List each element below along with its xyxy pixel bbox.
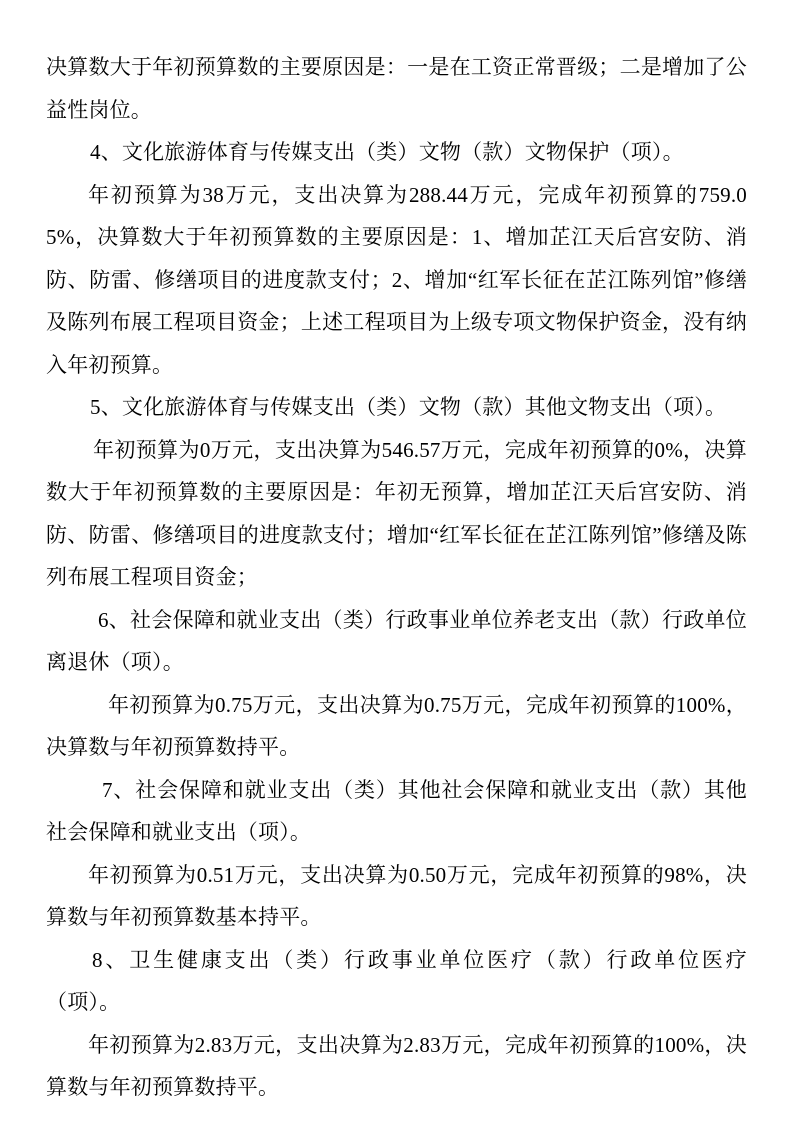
paragraph: 年初预算为0.51万元，支出决算为0.50万元，完成年初预算的98%，决算数与年…	[46, 854, 747, 939]
paragraph: 8、卫生健康支出（类）行政事业单位医疗（款）行政单位医疗（项）。	[46, 939, 747, 1024]
paragraph: 7、社会保障和就业支出（类）其他社会保障和就业支出（款）其他社会保障和就业支出（…	[46, 769, 747, 854]
document-page: 决算数大于年初预算数的主要原因是：一是在工资正常晋级；二是增加了公益性岗位。4、…	[0, 0, 793, 1122]
paragraph: 年初预算为0万元，支出决算为546.57万元，完成年初预算的0%，决算数大于年初…	[46, 429, 747, 599]
paragraph: 年初预算为2.83万元，支出决算为2.83万元，完成年初预算的100%，决算数与…	[46, 1024, 747, 1109]
paragraph: 年初预算为38万元，支出决算为288.44万元，完成年初预算的759.05%，决…	[46, 174, 747, 387]
document-body: 决算数大于年初预算数的主要原因是：一是在工资正常晋级；二是增加了公益性岗位。4、…	[46, 46, 747, 1109]
paragraph: 4、文化旅游体育与传媒支出（类）文物（款）文物保护（项）。	[46, 131, 747, 174]
paragraph: 决算数大于年初预算数的主要原因是：一是在工资正常晋级；二是增加了公益性岗位。	[46, 46, 747, 131]
paragraph: 6、社会保障和就业支出（类）行政事业单位养老支出（款）行政单位离退休（项）。	[46, 599, 747, 684]
paragraph: 5、文化旅游体育与传媒支出（类）文物（款）其他文物支出（项）。	[46, 386, 747, 429]
paragraph: 年初预算为0.75万元，支出决算为0.75万元，完成年初预算的100%，决算数与…	[46, 684, 747, 769]
